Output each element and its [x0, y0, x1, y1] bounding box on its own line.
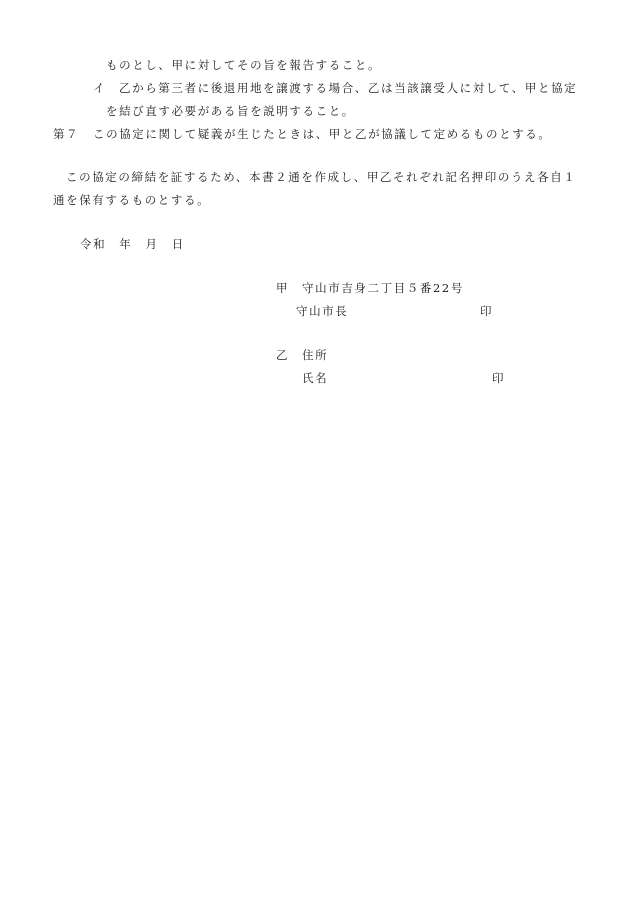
- party-a-name: 守山市長: [296, 304, 348, 318]
- clause-text: 乙から第三者に後退用地を譲渡する場合、乙は当該譲受人に対して、甲と協定: [119, 81, 577, 95]
- closing-text: この協定の締結を証するため、本書２通を作成し、甲乙それぞれ記名押印のうえ各自１: [66, 170, 576, 184]
- party-b-name: 氏名: [302, 371, 328, 385]
- clause-text: を結び直す必要がある旨を説明すること。: [106, 104, 355, 118]
- seal-mark: 印: [480, 304, 493, 318]
- article-number: 第７: [53, 127, 79, 141]
- party-b-label: 乙: [276, 348, 289, 362]
- seal-mark: 印: [492, 371, 505, 385]
- clause-text: この協定に関して疑義が生じたときは、甲と乙が協議して定めるものとする。: [93, 127, 552, 141]
- clause-text: ものとし、甲に対してその旨を報告すること。: [106, 58, 381, 72]
- date-line: 令和 年 月 日: [80, 237, 185, 251]
- party-a-label: 甲: [276, 281, 289, 295]
- item-marker: イ: [93, 81, 106, 95]
- closing-text: 通を保有するものとする。: [53, 193, 210, 207]
- party-a-address: 守山市吉身二丁目５番22号: [302, 281, 464, 295]
- party-b-address: 住所: [302, 348, 328, 362]
